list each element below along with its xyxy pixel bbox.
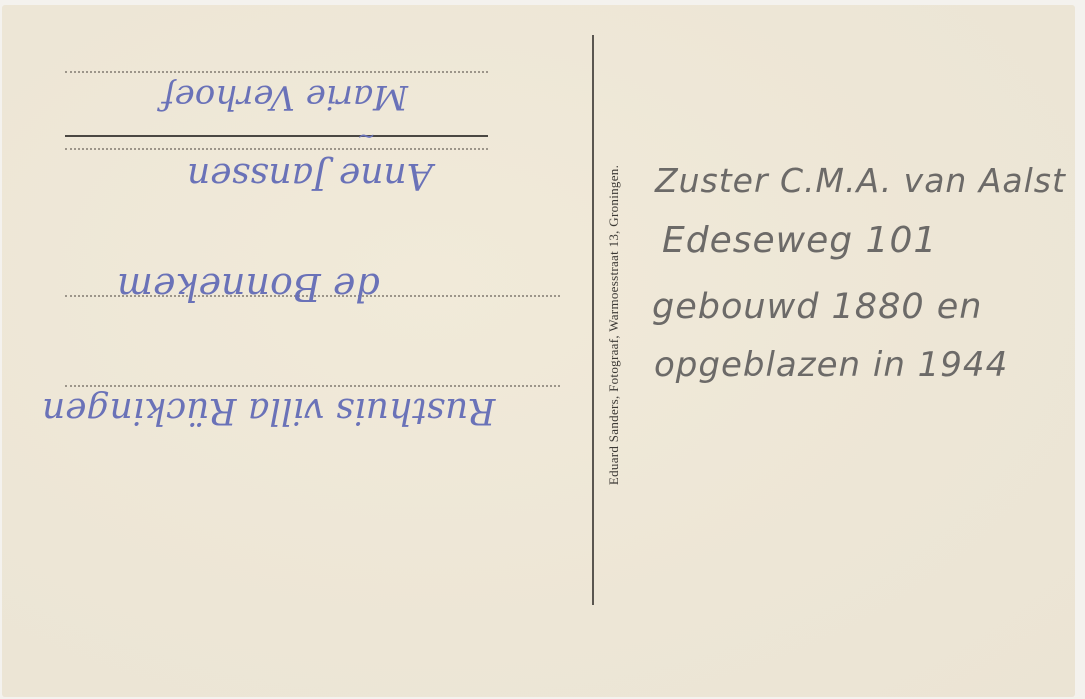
handwritten-line-1: Marie Verhoef	[162, 77, 408, 117]
pencil-line-2: Edeseweg 101	[662, 220, 937, 261]
handwritten-line-2: Anne Janssen	[187, 155, 433, 196]
publisher-imprint: Eduard Sanders, Fotograaf, Warmoesstraat…	[606, 165, 622, 485]
solid-line	[65, 135, 488, 137]
check-mark: ~	[357, 123, 375, 148]
postcard-back: Marie Verhoef ~ Anne Janssen de Bonnekem…	[2, 5, 1075, 697]
handwritten-line-3: de Bonnekem	[117, 265, 380, 309]
dotted-line-4	[65, 385, 560, 387]
pencil-line-1: Zuster C.M.A. van Aalst	[655, 161, 1066, 200]
pencil-line-4: opgeblazen in 1944	[654, 345, 1008, 385]
dotted-line-2	[65, 148, 488, 150]
center-divider	[592, 35, 594, 605]
dotted-line-1	[65, 71, 488, 73]
pencil-line-3: gebouwd 1880 en	[652, 287, 982, 327]
handwritten-line-4: Rusthuis villa Rückingen	[42, 390, 495, 431]
